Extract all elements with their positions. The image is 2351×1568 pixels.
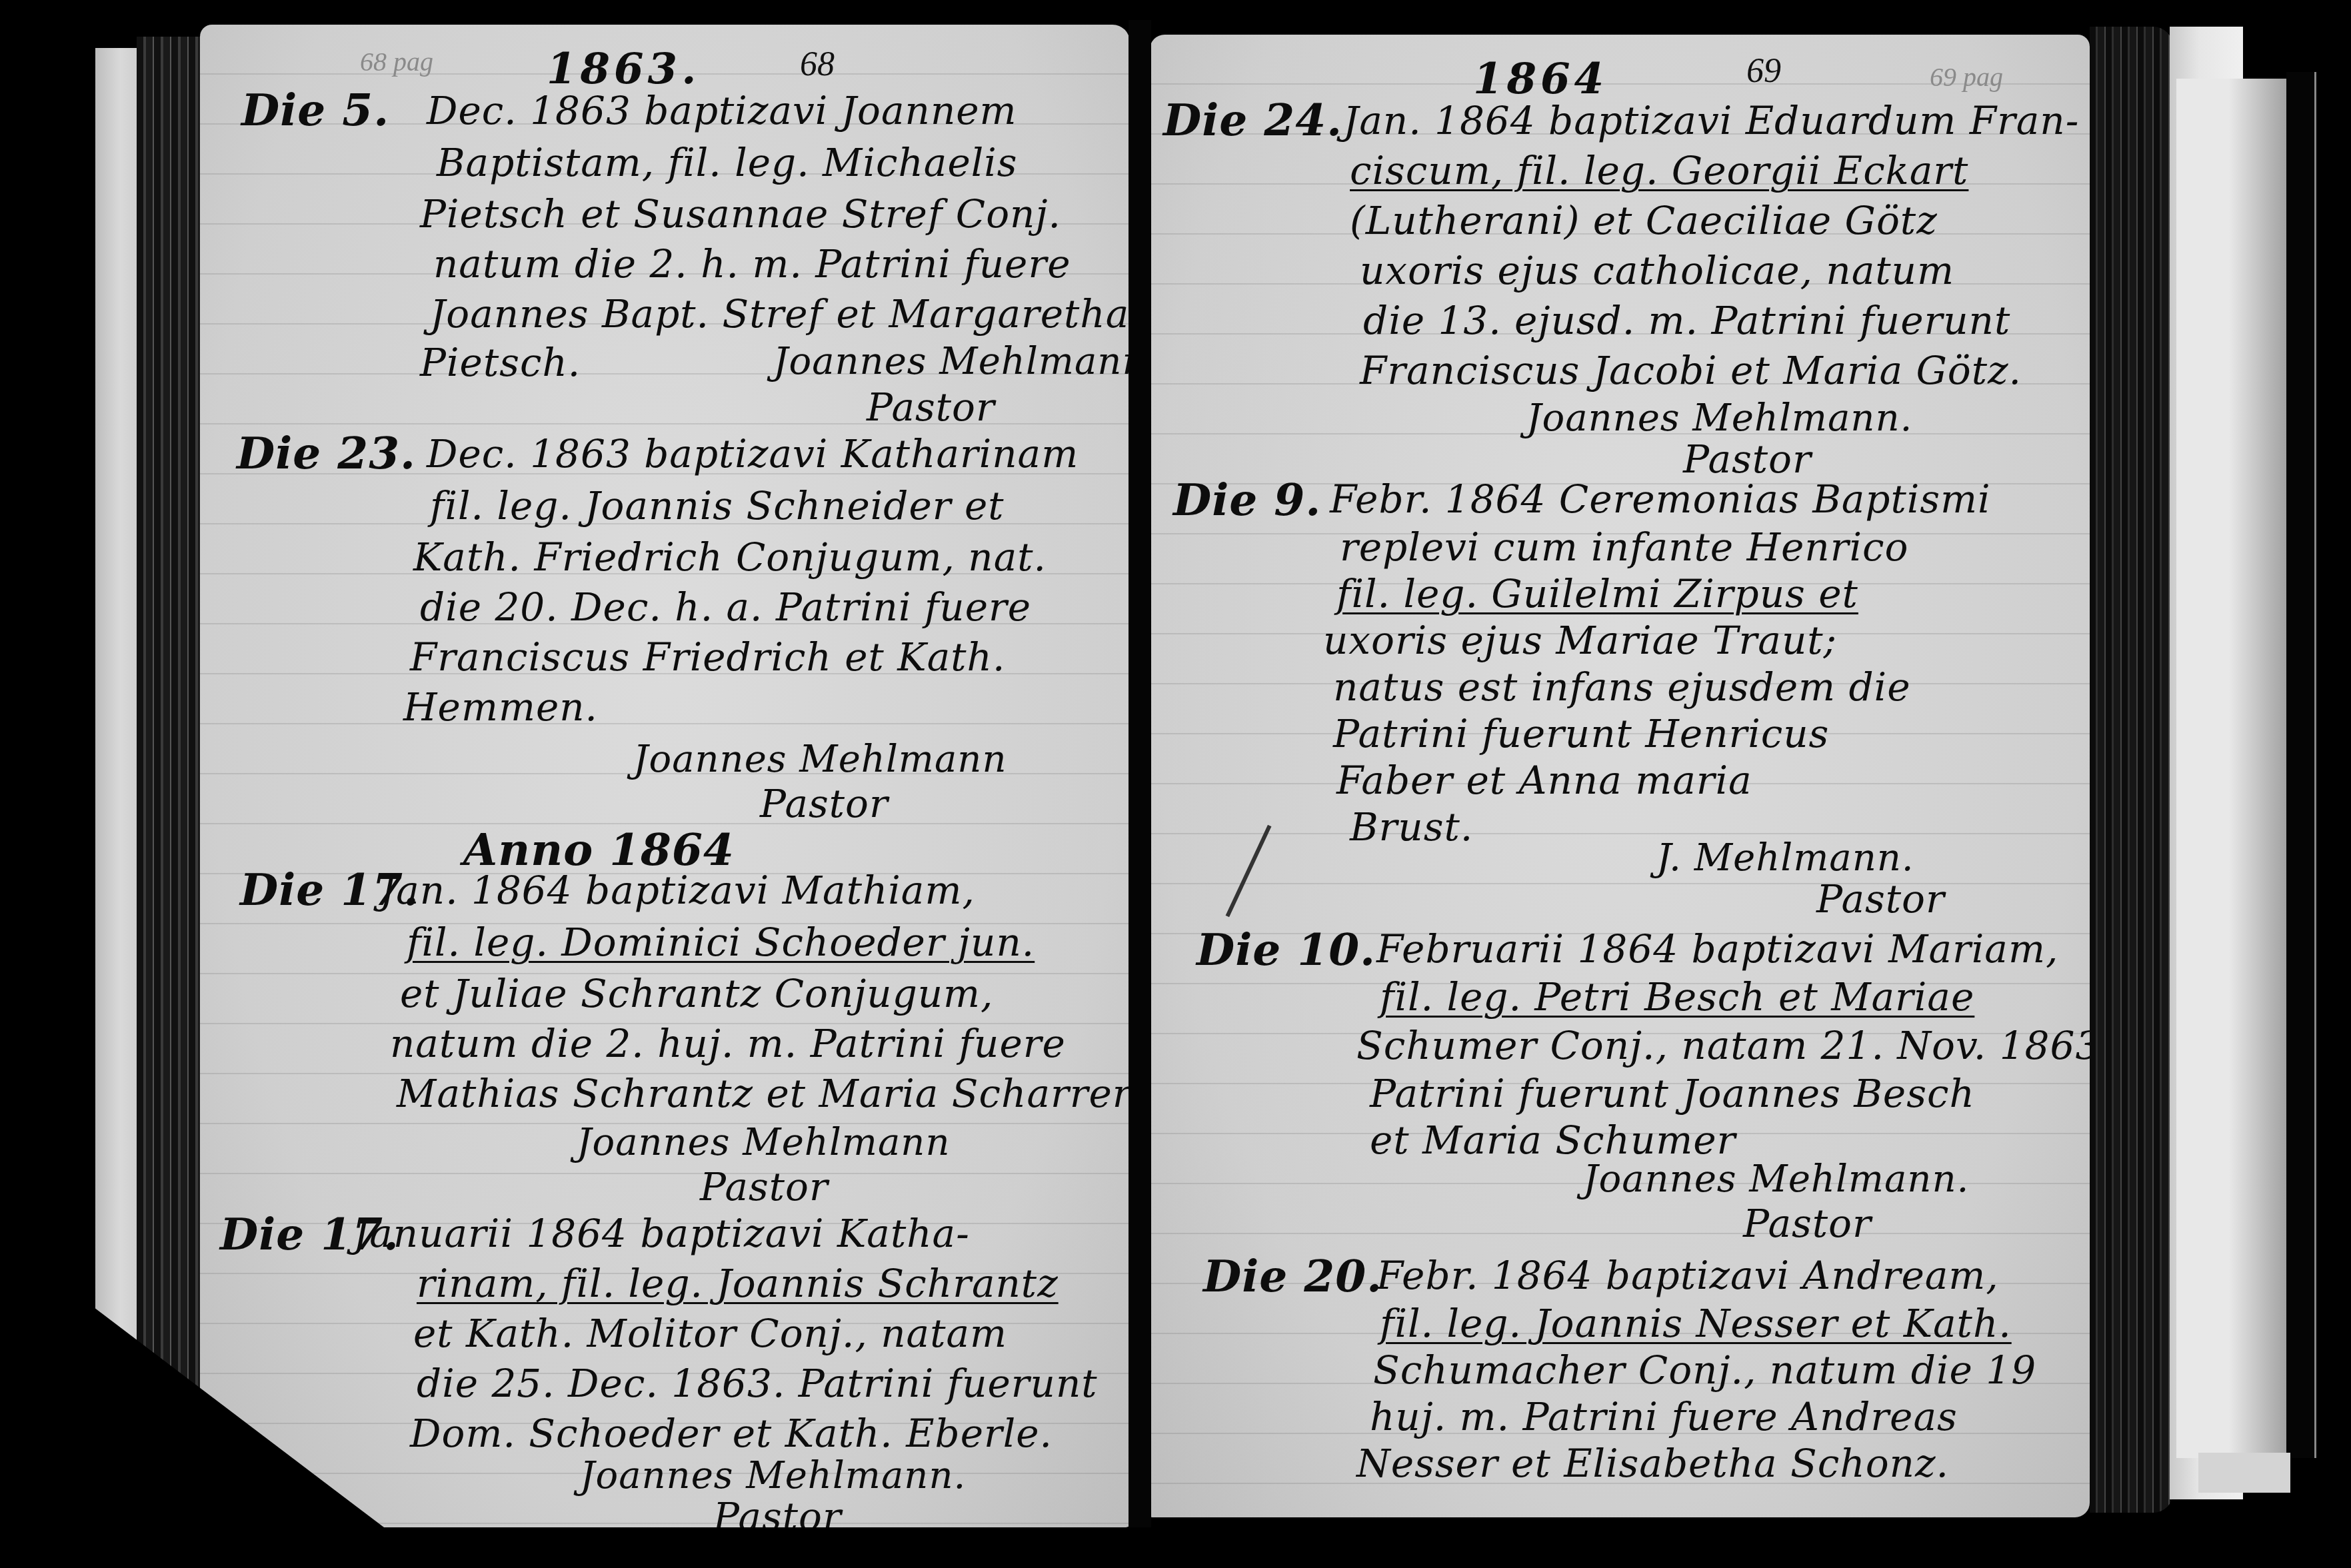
inserted-sheet-foot: [2198, 1453, 2290, 1493]
inserted-sheet-fold: [2176, 79, 2293, 1458]
torn-page-corner: [0, 1236, 387, 1529]
right-page-stack: [2090, 27, 2173, 1513]
background-bottom: [0, 1527, 2351, 1568]
inserted-sheet-shadow: [2286, 72, 2316, 1458]
right-page-final-entries: [1150, 35, 2090, 1517]
book-gutter: [1129, 20, 1151, 1533]
